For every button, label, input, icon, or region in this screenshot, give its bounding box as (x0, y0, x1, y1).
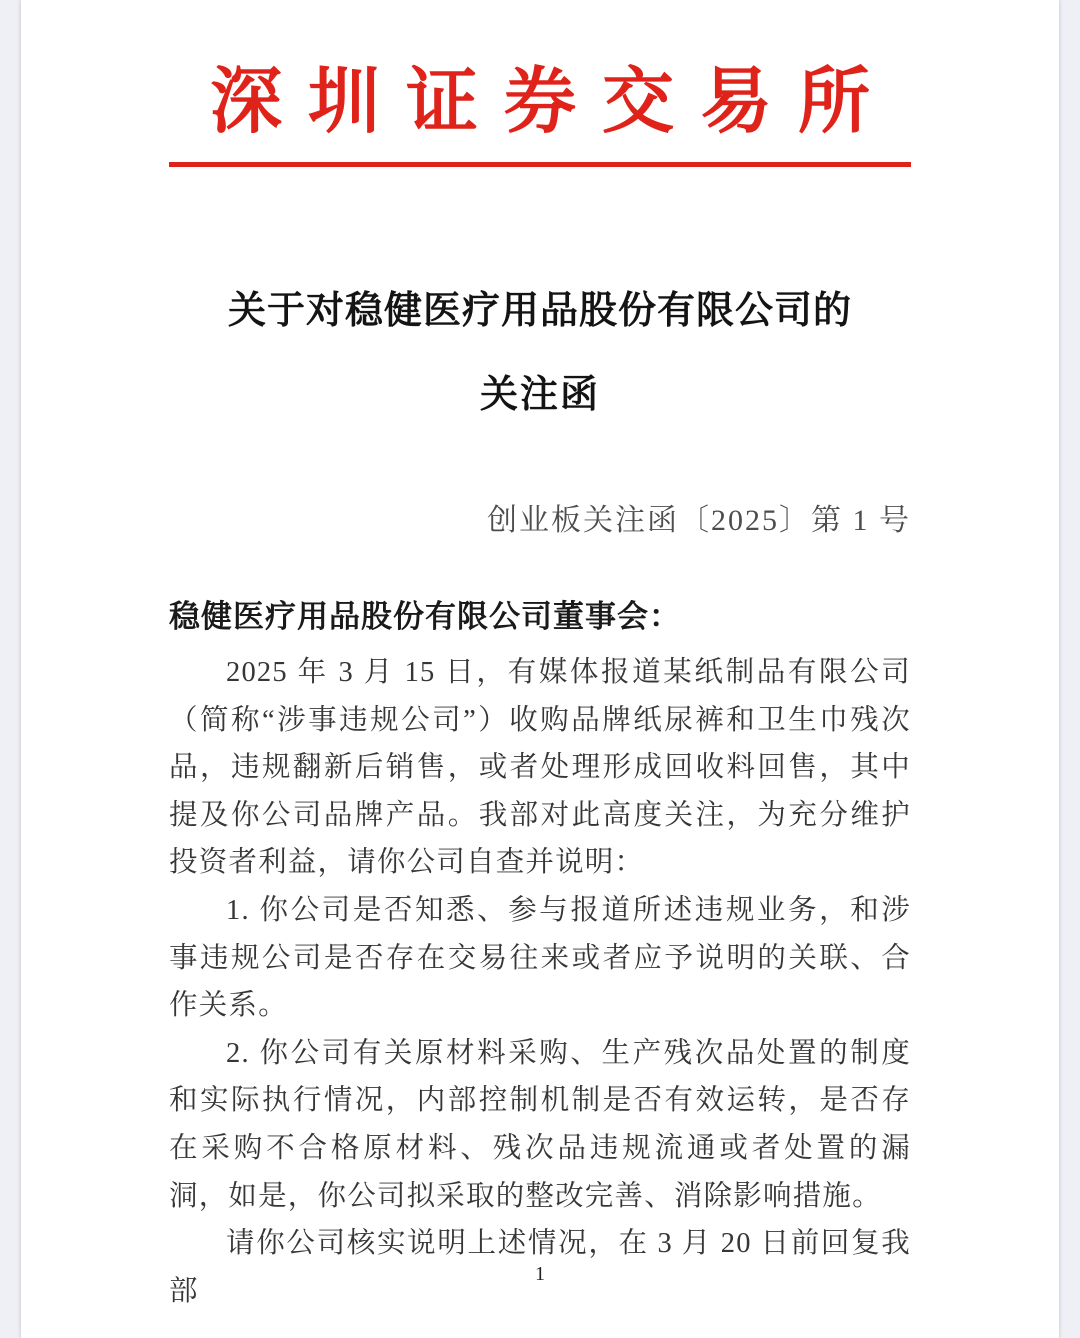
reference-number: 创业板关注函〔2025〕第 1 号 (169, 501, 911, 541)
body-paragraph-intro: 2025 年 3 月 15 日，有媒体报道某纸制品有限公司（简称“涉事违规公司”… (169, 649, 911, 887)
page-number: 1 (21, 1263, 1059, 1286)
letter-page: 深圳证券交易所 关于对稳健医疗用品股份有限公司的 关注函 创业板关注函〔2025… (21, 0, 1059, 1338)
letter-title-line2: 关注函 (169, 373, 911, 417)
body-paragraph-item-2: 2. 你公司有关原材料采购、生产残次品处置的制度和实际执行情况，内部控制机制是否… (169, 1030, 911, 1220)
addressee-line: 稳健医疗用品股份有限公司董事会： (169, 595, 911, 639)
letter-content: 关于对稳健医疗用品股份有限公司的 关注函 创业板关注函〔2025〕第 1 号 稳… (169, 289, 911, 1315)
letter-title-line1: 关于对稳健医疗用品股份有限公司的 (169, 289, 911, 333)
body-paragraph-item-1: 1. 你公司是否知悉、参与报道所述违规业务，和涉事违规公司是否存在交易往来或者应… (169, 887, 911, 1030)
masthead-org-name: 深圳证券交易所 (21, 56, 1059, 148)
document-viewer: 深圳证券交易所 关于对稳健医疗用品股份有限公司的 关注函 创业板关注函〔2025… (0, 0, 1080, 1338)
masthead-divider-rule (169, 162, 911, 167)
